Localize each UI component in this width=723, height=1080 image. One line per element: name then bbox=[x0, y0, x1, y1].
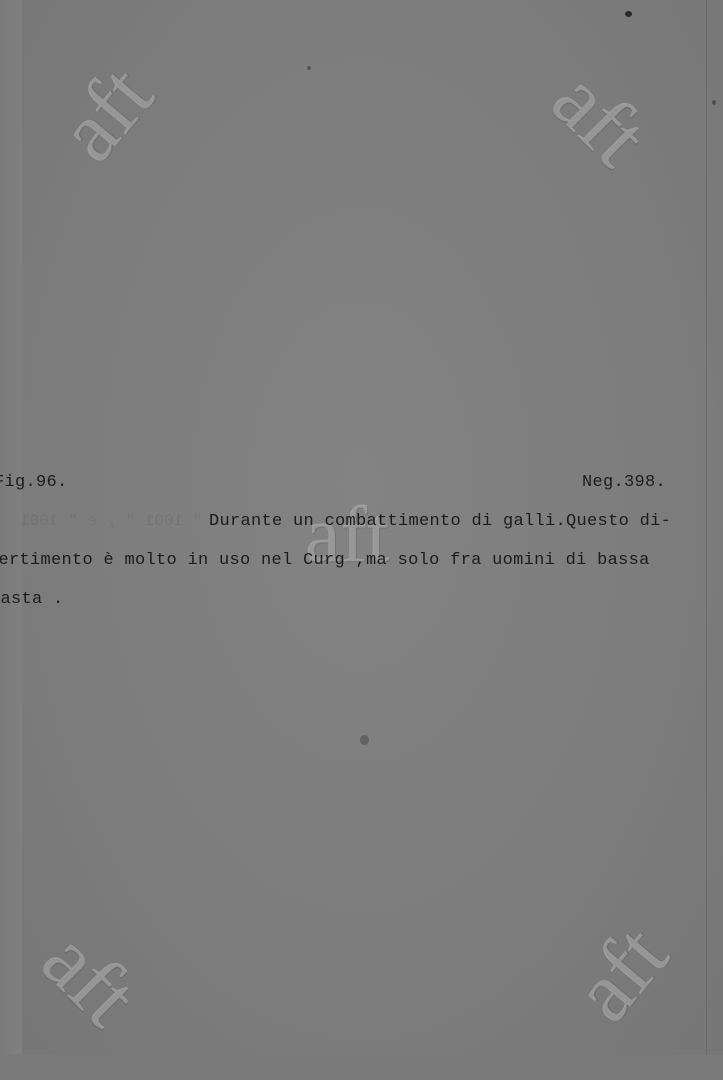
figure-label: Fig.96. bbox=[0, 473, 68, 492]
ink-speck bbox=[307, 66, 311, 70]
caption-line-2: vertimento è molto in uso nel Curg ,ma s… bbox=[0, 551, 650, 570]
page-left-edge bbox=[0, 0, 22, 1080]
negative-label: Neg.398. bbox=[582, 473, 666, 492]
ink-speck bbox=[712, 100, 716, 105]
watermark-bottom-left: aft bbox=[28, 916, 153, 1041]
watermark-top-left: aft bbox=[43, 51, 167, 176]
caption-line-3: casta . bbox=[0, 590, 64, 609]
watermark-bottom-right: aft bbox=[558, 911, 682, 1036]
ink-speck bbox=[360, 735, 369, 745]
caption-line-1: Durante un combattimento di galli.Questo… bbox=[209, 512, 671, 531]
ink-speck bbox=[625, 11, 632, 17]
watermark-top-right: aft bbox=[538, 56, 663, 181]
scanned-page: aft aft aft aft aft . " 1001 " , e " 100… bbox=[0, 0, 723, 1080]
page-right-margin-line bbox=[706, 0, 707, 1080]
page-bottom-edge bbox=[0, 1055, 723, 1080]
bleed-through-text: . " 1001 " , e " 1001 bbox=[20, 512, 222, 530]
